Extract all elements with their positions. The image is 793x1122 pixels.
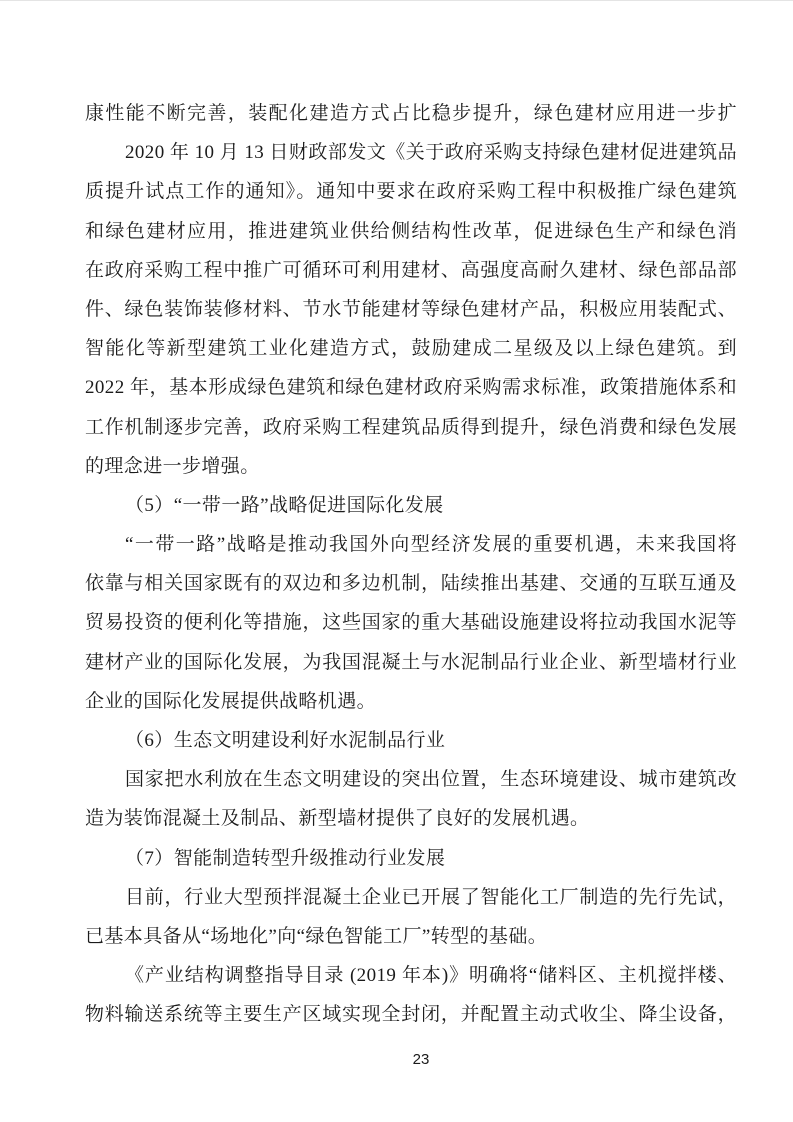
body-text-line: 质提升试点工作的通知》。通知中要求在政府采购工程中积极推广绿色建筑 bbox=[85, 172, 737, 211]
document-page: 康性能不断完善，装配化建造方式占比稳步提升，绿色建材应用进一步扩大。2020 年… bbox=[0, 0, 793, 1122]
body-text-line: 建材产业的国际化发展，为我国混凝土与水泥制品行业企业、新型墙材行业 bbox=[85, 643, 737, 682]
page-number: 23 bbox=[413, 1051, 430, 1068]
body-text-line: 贸易投资的便利化等措施，这些国家的重大基础设施建设将拉动我国水泥等 bbox=[85, 603, 737, 642]
body-text-line: 在政府采购工程中推广可循环可利用建材、高强度高耐久建材、绿色部品部 bbox=[85, 251, 737, 290]
body-text-line: 物料输送系统等主要生产区域实现全封闭，并配置主动式收尘、降尘设备， bbox=[85, 995, 737, 1034]
section-heading-line: （5）“一带一路”战略促进国际化发展 bbox=[85, 486, 737, 525]
body-text-line: 依靠与相关国家既有的双边和多边机制，陆续推出基建、交通的互联互通及 bbox=[85, 564, 737, 603]
body-text-line: 的理念进一步增强。 bbox=[85, 447, 737, 486]
section-heading-line: （7）智能制造转型升级推动行业发展 bbox=[85, 839, 737, 878]
body-text-line: 工作机制逐步完善，政府采购工程建筑品质得到提升，绿色消费和绿色发展 bbox=[85, 408, 737, 447]
body-text-line: 件、绿色装饰装修材料、节水节能建材等绿色建材产品，积极应用装配式、 bbox=[85, 290, 737, 329]
body-text-line: 《产业结构调整指导目录 (2019 年本)》明确将“储料区、主机搅拌楼、 bbox=[85, 956, 737, 995]
page-footer: 23 bbox=[85, 1051, 757, 1069]
body-text-line: 康性能不断完善，装配化建造方式占比稳步提升，绿色建材应用进一步扩大。 bbox=[85, 94, 737, 133]
body-text-line: 企业的国际化发展提供战略机遇。 bbox=[85, 682, 737, 721]
body-text-line: 和绿色建材应用，推进建筑业供给侧结构性改革，促进绿色生产和绿色消费。 bbox=[85, 212, 737, 251]
document-body: 康性能不断完善，装配化建造方式占比稳步提升，绿色建材应用进一步扩大。2020 年… bbox=[85, 94, 737, 1035]
section-heading-line: （6）生态文明建设利好水泥制品行业 bbox=[85, 721, 737, 760]
body-text-line: 造为装饰混凝土及制品、新型墙材提供了良好的发展机遇。 bbox=[85, 799, 737, 838]
body-text-line: 智能化等新型建筑工业化建造方式，鼓励建成二星级及以上绿色建筑。到 bbox=[85, 329, 737, 368]
body-text-line: 2020 年 10 月 13 日财政部发文《关于政府采购支持绿色建材促进建筑品 bbox=[85, 133, 737, 172]
body-text-line: 已基本具备从“场地化”向“绿色智能工厂”转型的基础。 bbox=[85, 917, 737, 956]
body-text-line: 2022 年，基本形成绿色建筑和绿色建材政府采购需求标准，政策措施体系和 bbox=[85, 368, 737, 407]
body-text-line: “一带一路”战略是推动我国外向型经济发展的重要机遇，未来我国将 bbox=[85, 525, 737, 564]
body-text-line: 国家把水利放在生态文明建设的突出位置，生态环境建设、城市建筑改 bbox=[85, 760, 737, 799]
body-text-line: 目前，行业大型预拌混凝土企业已开展了智能化工厂制造的先行先试， bbox=[85, 878, 737, 917]
